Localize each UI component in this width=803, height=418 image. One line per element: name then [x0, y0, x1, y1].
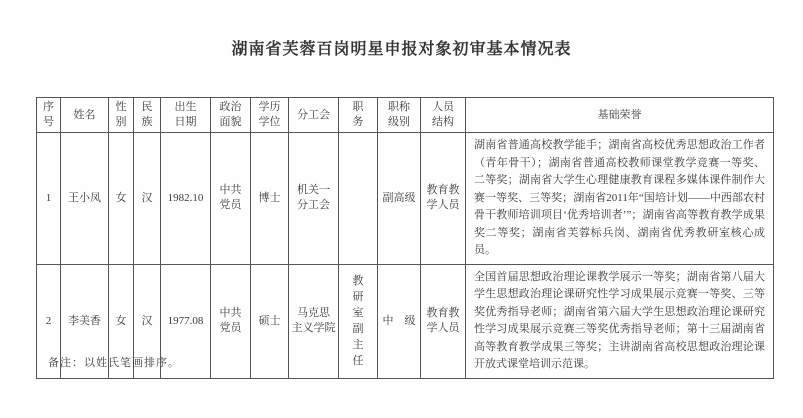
cell-political-status: 中共 党员: [211, 133, 251, 265]
cell-title-level: 中 级: [378, 264, 421, 378]
header-serial-number: 序 号: [37, 98, 61, 133]
header-political-status: 政治 面貌: [211, 98, 251, 133]
header-name: 姓名: [61, 98, 109, 133]
cell-title-level: 副高级: [378, 133, 421, 265]
cell-honors: 湖南省普通高校教学能手；湖南省高校优秀思想政治工作者（青年骨干）；湖南省普通高校…: [466, 133, 774, 265]
cell-name: 王小凤: [61, 133, 109, 265]
header-title-level: 职称 级别: [378, 98, 421, 133]
table-row: 1 王小凤 女 汉 1982.10 中共 党员 博士 机关一 分工会 副高级 教…: [37, 133, 774, 265]
cell-union-branch: 马克思 主义学院: [289, 264, 339, 378]
cell-birth-date: 1982.10: [161, 133, 211, 265]
header-gender: 性 别: [109, 98, 134, 133]
header-staff-type: 人员 结构: [421, 98, 466, 133]
header-honors: 基础荣誉: [466, 98, 774, 133]
header-ethnicity: 民 族: [134, 98, 161, 133]
header-birth-date: 出生 日期: [161, 98, 211, 133]
cell-position: [339, 133, 378, 265]
review-basic-info-table: 序 号 姓名 性 别 民 族 出生 日期 政治 面貌 学历 学位 分工会 职 务…: [36, 97, 774, 379]
cell-ethnicity: 汉: [134, 133, 161, 265]
cell-degree: 博士: [251, 133, 289, 265]
cell-staff-type: 教育教 学人员: [421, 133, 466, 265]
cell-position: 教 研 室 副 主 任: [339, 264, 378, 378]
cell-degree: 硕士: [251, 264, 289, 378]
cell-staff-type: 教育教 学人员: [421, 264, 466, 378]
cell-union-branch: 机关一 分工会: [289, 133, 339, 265]
document-footnote: 备注：以姓氏笔画排序。: [48, 354, 180, 370]
document-title: 湖南省芙蓉百岗明星申报对象初审基本情况表: [0, 36, 803, 59]
cell-political-status: 中共 党员: [211, 264, 251, 378]
scanned-document-page: 湖南省芙蓉百岗明星申报对象初审基本情况表 序 号 姓名 性 别 民 族 出生 日…: [0, 0, 803, 418]
header-union-branch: 分工会: [289, 98, 339, 133]
cell-gender: 女: [109, 133, 134, 265]
header-position: 职 务: [339, 98, 378, 133]
cell-honors: 全国首届思想政治理论课教学展示一等奖；湖南省第八届大学生思想政治理论课研究性学习…: [466, 264, 774, 378]
cell-serial-number: 1: [37, 133, 61, 265]
header-degree: 学历 学位: [251, 98, 289, 133]
table-header-row: 序 号 姓名 性 别 民 族 出生 日期 政治 面貌 学历 学位 分工会 职 务…: [37, 98, 774, 133]
